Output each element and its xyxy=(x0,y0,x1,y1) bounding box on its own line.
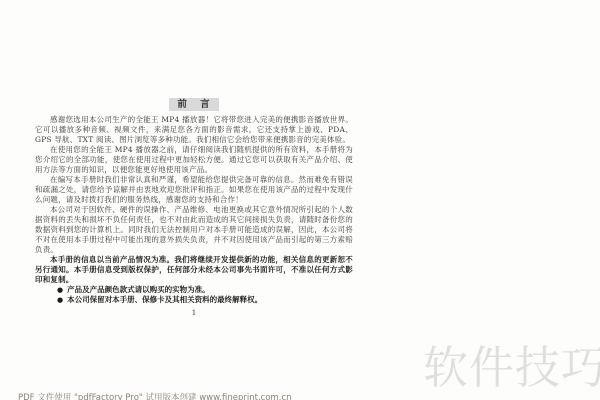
list-item: ●产品及产品颜色款式请以购买的实物为准。 xyxy=(35,285,353,295)
notice-bullet-list: ●产品及产品颜色款式请以购买的实物为准。 ●本公司保留对本手册、保修卡及其相关资… xyxy=(35,285,353,305)
page-title: 前 言 xyxy=(169,98,218,111)
preface-paragraph-disclaimer: 本公司对于因软件、硬件的误操作、产品维修、电池更换或其它意外情况所引起的个人数据… xyxy=(35,205,353,255)
preface-paragraph-intro: 感谢您选用本公司生产的全能王 MP4 播放器！它将带您进入完美的便携影音播放世界… xyxy=(35,115,353,145)
copyright-notice: 本手册的信息以当前产品情况为准。我们将继续开发提供新的功能，相关信息的更新恕不另… xyxy=(35,255,353,285)
bullet-text: 产品及产品颜色款式请以购买的实物为准。 xyxy=(67,285,210,294)
pdf-trial-footer: PDF 文件使用 "pdfFactory Pro" 试用版本创建 www.fin… xyxy=(18,393,292,400)
text-column: 前 言 感谢您选用本公司生产的全能王 MP4 播放器！它将带您进入完美的便携影音… xyxy=(35,92,353,305)
preface-paragraph-read-first: 在使用您的全能王 MP4 播放器之前，请仔细阅读我们随机提供的所有资料，本手册将… xyxy=(35,145,353,175)
scanned-manual-page: 前 言 感谢您选用本公司生产的全能王 MP4 播放器！它将带您进入完美的便携影音… xyxy=(0,0,600,400)
bullet-icon: ● xyxy=(57,296,63,304)
watermark-text: 软件技巧 xyxy=(423,342,600,394)
preface-paragraph-feedback: 在编写本手册时我们非常认真和严谨，希望能给您提供完备可靠的信息。然而难免有错误和… xyxy=(35,175,353,205)
bullet-icon: ● xyxy=(57,286,63,294)
list-item: ●本公司保留对本手册、保修卡及其相关资料的最终解释权。 xyxy=(35,295,353,305)
title-row: 前 言 xyxy=(35,92,353,111)
pdf-footer-text: PDF 文件使用 "pdfFactory Pro" 试用版本创建 xyxy=(18,393,199,400)
fineprint-link[interactable]: www.fineprint.com.cn xyxy=(199,393,291,400)
bullet-text: 本公司保留对本手册、保修卡及其相关资料的最终解释权。 xyxy=(67,295,262,304)
page-number: 1 xyxy=(35,308,353,317)
